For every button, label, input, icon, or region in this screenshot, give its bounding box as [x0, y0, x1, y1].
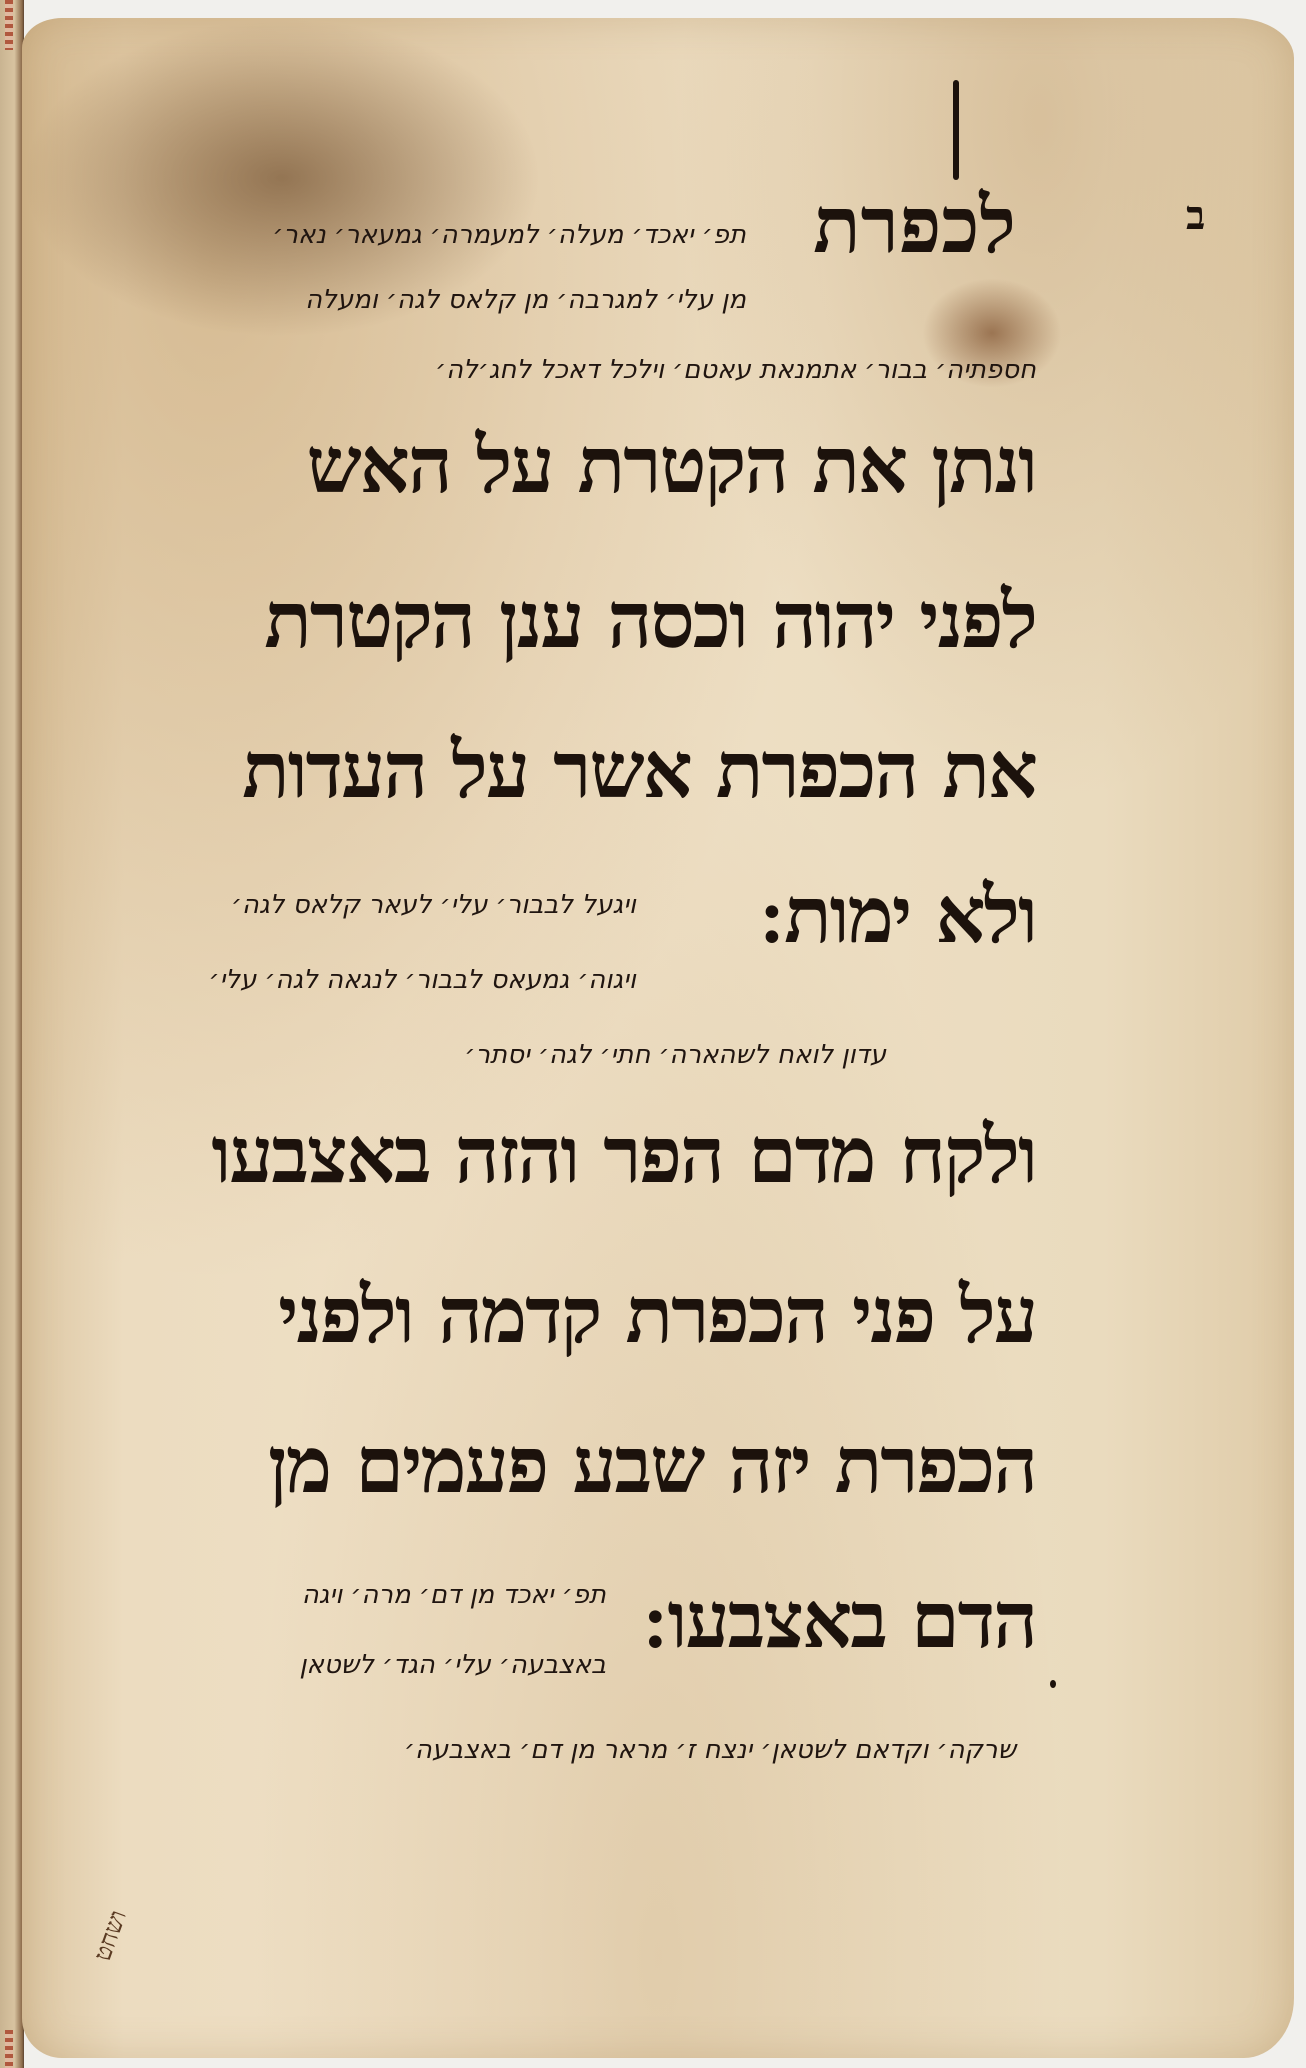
binding-thread-bottom	[5, 2030, 13, 2068]
main-line-7: הכפרת יזה שבע פעמים מן	[268, 1420, 1036, 1511]
gloss-line-3: חספתיה׳ בבור׳ אתמנאת עאטם׳ וילכל דאכל לח…	[435, 355, 1036, 385]
gloss-line-8: באצבעה׳ עלי׳ הגד׳ לשטאן	[299, 1650, 606, 1680]
main-line-2: לפני יהוה וכסה ענן הקטרת	[264, 575, 1036, 666]
main-line-5: ולקח מדם הפר והזה באצבעו	[211, 1110, 1036, 1201]
ink-dot	[1050, 1680, 1056, 1688]
gloss-line-6: עדון לואח לשהארה׳ חתי׳ לגה׳ יסתר׳	[465, 1040, 886, 1070]
main-line-1: ונתן את הקטרת על האש	[307, 420, 1036, 511]
gloss-line-1: תפ׳ יאכד׳ מעלה׳ למעמרה׳ גמעאר׳ נאר׳	[272, 220, 746, 250]
heading-word: לכפרת	[813, 180, 1016, 271]
book-spine	[0, 0, 24, 2068]
binding-thread-top	[5, 0, 13, 50]
gloss-line-2: מן עלי׳ למגרבה׳ מן קלאס לגה׳ ומעלה	[305, 285, 746, 315]
gloss-line-5: ויגוה׳ גמעאס לבבור׳ לנגאה לגה׳ עלי׳	[209, 965, 636, 995]
gloss-line-9: שרקה׳ וקדאם לשטאן׳ ינצח ז׳ מראר מן דם׳ ב…	[404, 1735, 1016, 1765]
main-line-8: הדם באצבעו ׃	[644, 1575, 1036, 1666]
gloss-line-7: תפ׳ יאכד מן דם׳ מרה׳ ויגה	[302, 1580, 606, 1610]
gloss-line-4: ויגעל לבבור׳ עלי׳ לעאר קלאס לגה׳	[231, 890, 636, 920]
lamed-ascender	[953, 80, 959, 180]
main-line-4: ולא ימות ׃	[761, 870, 1036, 961]
main-line-6: על פני הכפרת קדמה ולפני	[278, 1270, 1036, 1361]
marginal-marker: ב	[1186, 192, 1205, 239]
main-line-3: את הכפרת אשר על העדות	[242, 725, 1036, 816]
